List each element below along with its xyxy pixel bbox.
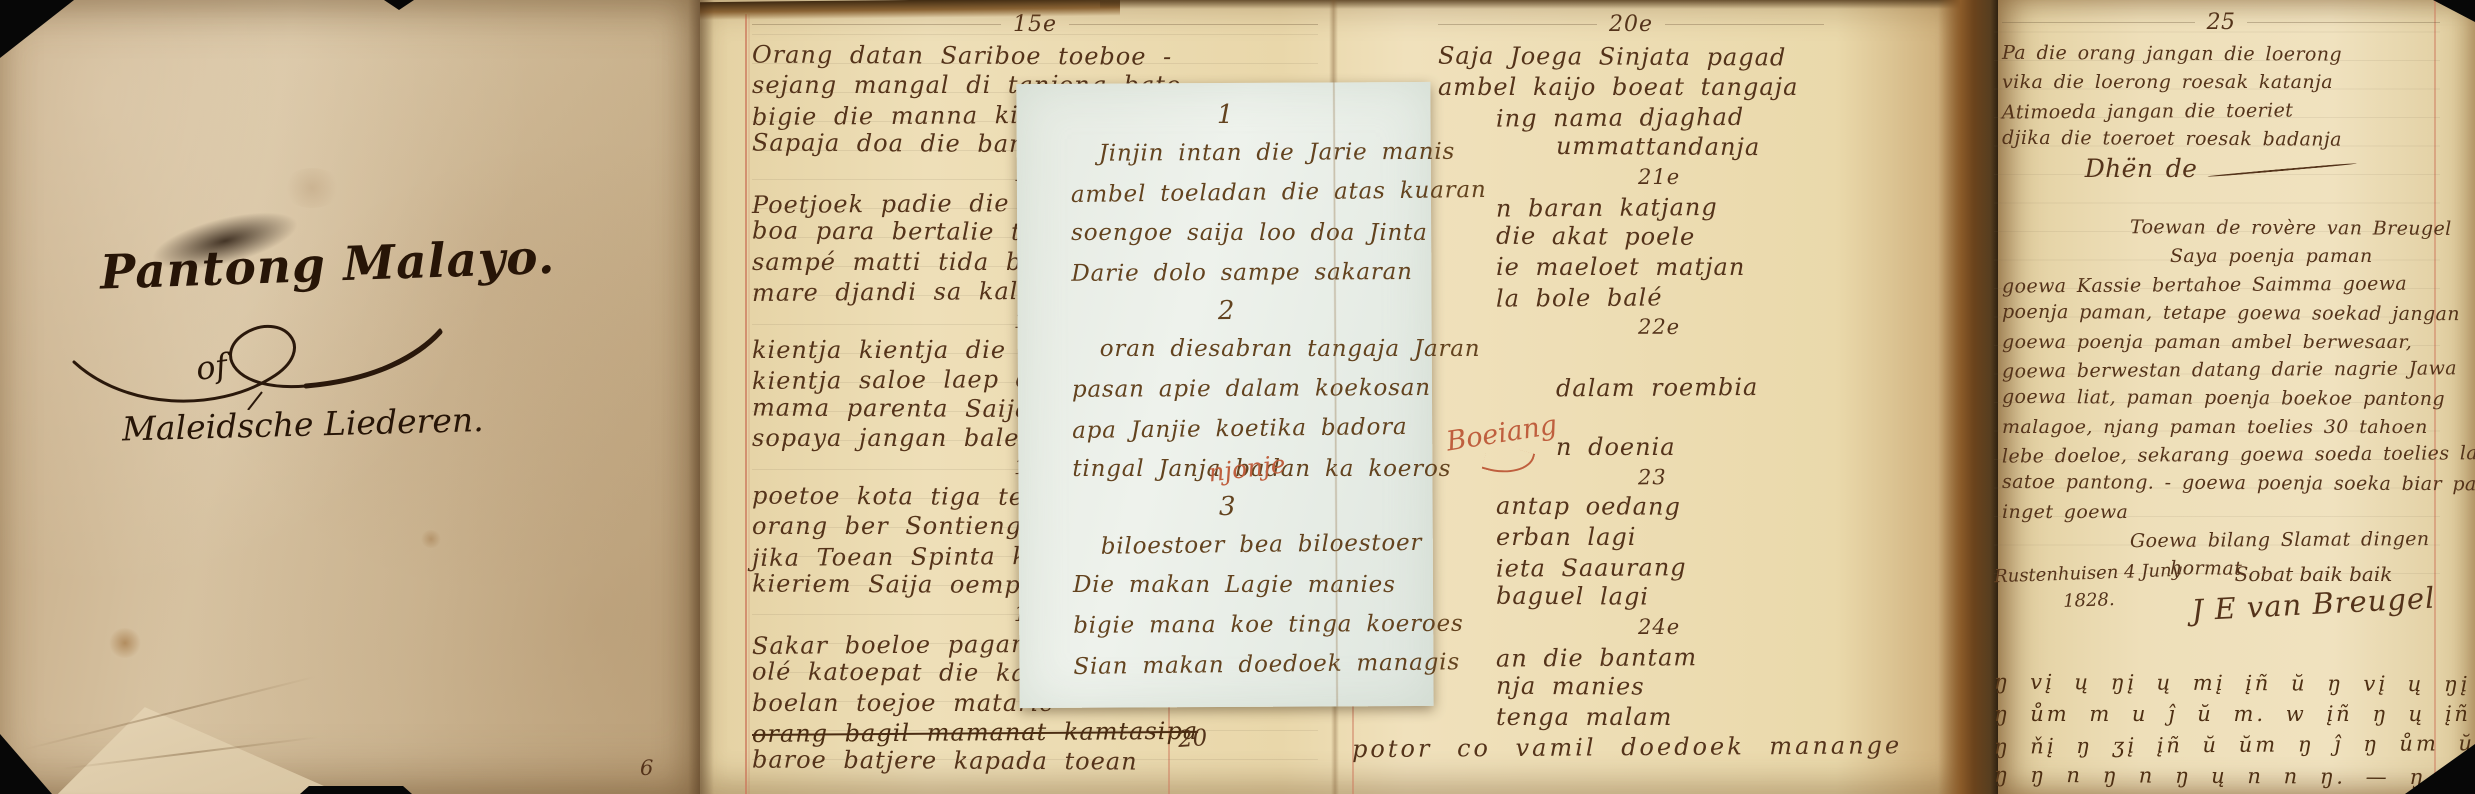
letter-closing-block: Rustenhuisen 4 Juny 1828. Sobat baik bai…: [1994, 560, 2444, 618]
manuscript-line: nja manies: [1496, 671, 1954, 703]
manuscript-line: Sian makan doedoek managis: [1073, 643, 1413, 687]
verse-number: 2: [1041, 291, 1411, 332]
book-top-edge: [1100, 0, 1960, 9]
manuscript-line: pasan apie dalam koekosan: [1072, 368, 1412, 410]
manuscript-line: soengoe saija loo doa Jinta: [1071, 213, 1411, 253]
red-margin-line: [745, 14, 747, 794]
page-fold-crease: [1331, 700, 1339, 794]
manuscript-line: orang bagil mamanat kamtasipa: [752, 716, 1318, 749]
manuscript-line: Atimoeda jangan die toeriet: [2002, 95, 2440, 126]
manuscript-line: inget goewa: [2002, 498, 2440, 526]
manuscript-line: Toewan de rovère van Breugel: [2130, 213, 2440, 243]
manuscript-line: apa Janjie koetika badora: [1072, 407, 1412, 451]
verse-lines: Saja Joega Sinjata pagadambel kaijo boea…: [1438, 42, 1954, 762]
manuscript-line: Die makan Lagie manies: [1073, 565, 1413, 605]
cover-connector: of: [194, 346, 230, 388]
manuscript-scan: Pantong Malayo. of Maleidsche Liederen. …: [0, 0, 2475, 794]
manuscript-line: poenja paman, tetape goewa soekad jangan: [2002, 298, 2440, 329]
manuscript-line: ambel toeladan die atas kuaran: [1071, 171, 1411, 215]
stain-spot: [282, 168, 342, 208]
manuscript-line: tenga malam: [1496, 702, 1954, 732]
manuscript-line: erban lagi: [1496, 522, 1954, 552]
cover-corner-mark: 6: [640, 756, 653, 780]
manuscript-line: lebe doeloe, sekarang goewa soeda toelie…: [2002, 440, 2440, 471]
manuscript-line: Pa die orang jangan die loerong: [2002, 39, 2440, 70]
stain-spot: [420, 530, 442, 548]
calligraphic-flourish: [66, 300, 456, 410]
verse-number: 1: [1041, 97, 1411, 133]
page-25: 25 Pa die orang jangan die loerongvika d…: [1994, 4, 2440, 583]
page-20: 20e Saja Joega Sinjata pagadambel kaijo …: [1438, 6, 1954, 762]
bottom-folio-number: 20: [1177, 725, 1208, 753]
manuscript-line: n baran katjang: [1496, 190, 1954, 223]
page-separation-shadow: [688, 0, 714, 794]
manuscript-line: bigie mana koe tinga koeroes: [1073, 604, 1413, 646]
page-number-header: 25: [2002, 4, 2440, 40]
page-number-header: 20e: [1438, 6, 1954, 42]
manuscript-line: ŋ ům m u ĵ ŭ m. w įñ ŋ ų įñ ŋ w ů: [1994, 699, 2454, 730]
manuscript-line: [1438, 342, 1954, 372]
insert-verses: 1Jinjin intan die Jarie manisambel toela…: [1040, 96, 1413, 686]
manuscript-line: vika die loerong roesak katanja: [2002, 68, 2440, 96]
verse-number: 3: [1042, 488, 1412, 526]
manuscript-line: [2002, 184, 2440, 215]
manuscript-line: ambel kaijo boeat tangaja: [1438, 72, 1954, 102]
manuscript-line: goewa liat, paman poenja boekoe pantong: [2002, 383, 2440, 414]
book-gutter: [1938, 0, 2002, 794]
manuscript-line: ieta Saaurang: [1496, 550, 1954, 583]
manuscript-line: potor co vamil doedoek manange: [1352, 730, 1954, 764]
manuscript-line: ing nama djaghad: [1496, 100, 1954, 133]
manuscript-line: n doenia: [1556, 432, 1954, 462]
verse-number: 21e: [1438, 162, 1954, 192]
manuscript-line: satoe pantong. - goewa poenja soeka biar…: [2002, 468, 2440, 499]
manuscript-line: Dhën de: [2002, 154, 2440, 186]
valediction: Sobat baik baik J E van Breugel: [2183, 560, 2444, 618]
manuscript-line: Saya poenja paman: [2170, 242, 2440, 270]
manuscript-line: Jinjin intan die Jarie manis: [1099, 132, 1411, 174]
scan-edge-sliver: [300, 786, 412, 794]
manuscript-line: an die bantam: [1496, 640, 1954, 673]
dateline: Rustenhuisen 4 Juny 1828.: [1993, 557, 2184, 622]
manuscript-line: antap oedang: [1496, 491, 1954, 523]
manuscript-line: goewa berwestan datang darie nagrie Jawa: [2002, 354, 2440, 385]
manuscript-line: la bole balé: [1496, 280, 1954, 313]
inserted-sheet: 1Jinjin intan die Jarie manisambel toela…: [1016, 82, 1433, 708]
manuscript-line: dalam roembia: [1556, 371, 1954, 404]
manuscript-line: ŋ vį ų ŋį ų mį įñ ŭ ŋ vį ų ŋį m n ĵ: [1994, 667, 2454, 700]
manuscript-line: ŋ ňį ŋ ʒį įñ ŭ ŭm ŋ ĵ ŋ ům ŭ: [1994, 728, 2454, 762]
manuscript-line: baroe batjere kapada toean: [752, 746, 1318, 778]
manuscript-line: Saja Joega Sinjata pagad: [1438, 41, 1954, 74]
letter-lines: Pa die orang jangan die loerongvika die …: [2002, 40, 2440, 583]
manuscript-line: Orang datan Sariboe toeboe -: [752, 41, 1318, 73]
manuscript-line: goewa Kassie bertahoe Saimma goewa: [2002, 269, 2440, 300]
manuscript-line: malagoe, njang paman toelies 30 tahoen: [2002, 413, 2440, 441]
javanese-script-lines: ŋ vį ų ŋį ų mį įñ ŭ ŋ vį ų ŋį m n ĵŋ ům …: [1994, 668, 2454, 792]
manuscript-line: djika die toeroet roesak badanja: [2002, 124, 2440, 155]
manuscript-line: die akat poele: [1496, 221, 1954, 253]
manuscript-line: ie maeloet matjan: [1496, 252, 1954, 282]
manuscript-line: ummattandanja: [1556, 131, 1954, 163]
manuscript-line: Goewa bilang Slamat dingen: [2130, 525, 2440, 556]
manuscript-line: goewa poenja paman ambel berwesaar,: [2002, 328, 2440, 356]
stain-spot: [108, 628, 142, 658]
manuscript-line: oran diesabran tangaja Jaran: [1100, 329, 1412, 369]
manuscript-line: baguel lagi: [1496, 581, 1954, 613]
verse-number: 24e: [1438, 612, 1954, 642]
verse-number: 22e: [1438, 311, 1954, 344]
manuscript-line: ŋ ŋ n ŋ n ŋ ų n n ŋ. — ŋ ům įñ ĵ: [1994, 760, 2454, 793]
page-fold-crease: [1329, 0, 1338, 86]
manuscript-line: Darie dolo sampe sakaran: [1071, 252, 1411, 294]
manuscript-line: biloestoer bea biloestoer: [1101, 523, 1413, 567]
